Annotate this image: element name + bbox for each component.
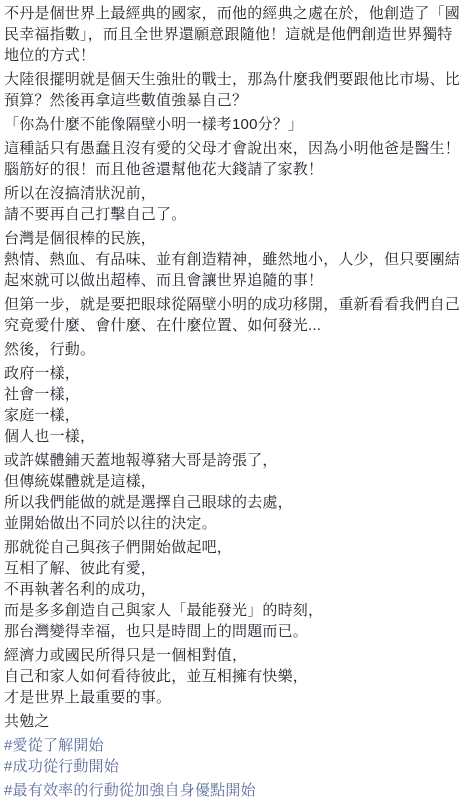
text-line: 個人也一樣， [4, 426, 460, 447]
text-paragraph: 所以在沒搞清狀況前，請不要再自己打擊自己了。 [4, 183, 460, 225]
hashtag-line: #愛從了解開始 [4, 735, 460, 756]
text-line: 不再執著名利的成功， [4, 579, 460, 600]
text-line: 共勉之 [4, 711, 460, 732]
text-line: 台灣是個很棒的民族， [4, 228, 460, 249]
text-line: 「你為什麼不能像隔壁小明一樣考100分？」 [4, 114, 460, 135]
text-line: 社會一樣， [4, 384, 460, 405]
text-line: 所以我們能做的就是選擇自己眼球的去處， [4, 492, 460, 513]
text-line: 所以在沒搞清狀況前， [4, 183, 460, 204]
text-line: 家庭一樣， [4, 405, 460, 426]
text-line: 並開始做出不同於以往的決定。 [4, 513, 460, 534]
text-line: 或許媒體鋪天蓋地報導豬大哥是誇張了， [4, 450, 460, 471]
text-paragraph: 「你為什麼不能像隔壁小明一樣考100分？」 [4, 114, 460, 135]
text-line: 經濟力或國民所得只是一個相對值， [4, 645, 460, 666]
text-line: 民幸福指數」，而且全世界還願意跟隨他！這就是他們創造世界獨特 [4, 24, 460, 45]
text-paragraph: 共勉之 [4, 711, 460, 732]
text-paragraph: 不丹是個世界上最經典的國家，而他的經典之處在於，他創造了「國民幸福指數」，而且全… [4, 3, 460, 66]
post-body: 不丹是個世界上最經典的國家，而他的經典之處在於，他創造了「國民幸福指數」，而且全… [0, 0, 464, 803]
hashtag-paragraph: #最有效率的行動從加強自身優點開始 [4, 780, 460, 801]
text-line: 互相了解、彼此有愛， [4, 558, 460, 579]
hashtag-line: #成功從行動開始 [4, 756, 460, 777]
text-line: 熱情、熱血、有品味、並有創造精神，雖然地小，人少，但只要團結 [4, 249, 460, 270]
text-line: 才是世界上最重要的事。 [4, 687, 460, 708]
text-line: 然後，行動。 [4, 339, 460, 360]
text-line: 不丹是個世界上最經典的國家，而他的經典之處在於，他創造了「國 [4, 3, 460, 24]
text-line: 自己和家人如何看待彼此，並互相擁有快樂， [4, 666, 460, 687]
text-line: 但傳統媒體就是這樣， [4, 471, 460, 492]
text-line: 那台灣變得幸福，也只是時間上的問題而已。 [4, 621, 460, 642]
text-paragraph: 那就從自己與孩子們開始做起吧，互相了解、彼此有愛，不再執著名利的成功，而是多多創… [4, 537, 460, 642]
text-line: 地位的方式！ [4, 45, 460, 66]
text-line: 大陸很擺明就是個天生強壯的戰士，那為什麼我們要跟他比市場、比 [4, 69, 460, 90]
hashtag-link[interactable]: #愛從了解開始 [4, 737, 104, 754]
text-paragraph: 或許媒體鋪天蓋地報導豬大哥是誇張了，但傳統媒體就是這樣，所以我們能做的就是選擇自… [4, 450, 460, 534]
text-line: 這種話只有愚蠢且沒有愛的父母才會說出來，因為小明他爸是醫生！ [4, 138, 460, 159]
text-line: 而是多多創造自己與家人「最能發光」的時刻， [4, 600, 460, 621]
hashtag-link[interactable]: #最有效率的行動從加強自身優點開始 [4, 782, 256, 799]
hashtag-link[interactable]: #成功從行動開始 [4, 758, 119, 775]
text-paragraph: 這種話只有愚蠢且沒有愛的父母才會說出來，因為小明他爸是醫生！腦筋好的很！而且他爸… [4, 138, 460, 180]
text-paragraph: 台灣是個很棒的民族，熱情、熱血、有品味、並有創造精神，雖然地小，人少，但只要團結… [4, 228, 460, 291]
text-line: 腦筋好的很！而且他爸還幫他花大錢請了家教！ [4, 159, 460, 180]
text-line: 那就從自己與孩子們開始做起吧， [4, 537, 460, 558]
text-line: 但第一步，就是要把眼球從隔壁小明的成功移開，重新看看我們自己 [4, 294, 460, 315]
text-paragraph: 政府一樣，社會一樣，家庭一樣，個人也一樣， [4, 363, 460, 447]
hashtag-line: #最有效率的行動從加強自身優點開始 [4, 780, 460, 801]
text-line: 請不要再自己打擊自己了。 [4, 204, 460, 225]
text-line: 政府一樣， [4, 363, 460, 384]
text-line: 起來就可以做出超棒、而且會讓世界追隨的事！ [4, 270, 460, 291]
text-paragraph: 然後，行動。 [4, 339, 460, 360]
text-line: 預算？然後再拿這些數值強暴自己？ [4, 90, 460, 111]
text-paragraph: 大陸很擺明就是個天生強壯的戰士，那為什麼我們要跟他比市場、比預算？然後再拿這些數… [4, 69, 460, 111]
text-line: 究竟愛什麼、會什麼、在什麼位置、如何發光... [4, 315, 460, 336]
text-paragraph: 經濟力或國民所得只是一個相對值，自己和家人如何看待彼此，並互相擁有快樂，才是世界… [4, 645, 460, 708]
text-paragraph: 但第一步，就是要把眼球從隔壁小明的成功移開，重新看看我們自己究竟愛什麼、會什麼、… [4, 294, 460, 336]
hashtag-paragraph: #愛從了解開始#成功從行動開始 [4, 735, 460, 777]
